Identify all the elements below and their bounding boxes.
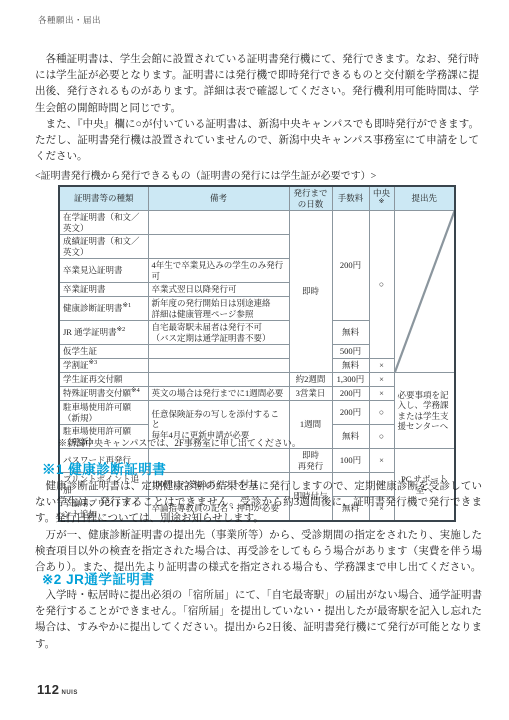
section-heading-health-certificate: ※1 健康診断証明書 — [42, 458, 166, 478]
cell-fee: 100円 — [332, 449, 369, 473]
cell-remarks: 英文の場合は発行までに1週間必要 — [148, 387, 289, 401]
cell-chuo: × — [369, 449, 394, 473]
cell-chuo: ○ — [369, 425, 394, 449]
page-number: 112 — [37, 682, 59, 697]
cert-name: 学割証 — [63, 360, 89, 370]
cell-remarks: 4年生で卒業見込みの学生のみ発行可 — [148, 259, 289, 283]
cell-type: 成績証明書（和文／英文） — [59, 235, 148, 259]
cell-submit-na — [394, 211, 455, 373]
cell-remarks — [148, 211, 289, 235]
cell-remarks — [148, 359, 289, 373]
cert-name: JR 通学証明書 — [63, 327, 117, 337]
cell-type: 在学証明書（和文／英文） — [59, 211, 148, 235]
cell-chuo: × — [369, 373, 394, 387]
brand-mark: NUIS — [61, 690, 77, 696]
section-heading-jr-commuter-certificate: ※2 JR通学証明書 — [42, 568, 154, 588]
cert-name: 特殊証明書交付願 — [63, 388, 131, 398]
cell-type: 健康診断証明書※1 — [59, 297, 148, 321]
table-row: 学生証再交付願 約2週間 1,300円 × 必要事項を記入し、学務課または学生支… — [59, 373, 455, 387]
cell-fee: 1,300円 — [332, 373, 369, 387]
col-header-remarks: 備考 — [148, 186, 289, 211]
table-caption: <証明書発行機から発行できるもの（証明書の発行には学生証が必要です）> — [35, 167, 376, 182]
cell-chuo: × — [369, 359, 394, 373]
cell-fee: 無料 — [332, 359, 369, 373]
cell-remarks: 卒業式翌日以降発行可 — [148, 283, 289, 297]
cell-remarks: 新年度の発行開始日は別途連絡 詳細は健康管理ページ参照 — [148, 297, 289, 321]
col-header-days: 発行まで の日数 — [289, 186, 332, 211]
cell-days: 約2週間 — [289, 373, 332, 387]
cell-fee: 200円 — [332, 387, 369, 401]
cell-fee: 無料 — [332, 425, 369, 449]
cell-type: 学生証再交付願 — [59, 373, 148, 387]
col-header-submit: 提出先 — [394, 186, 455, 211]
chuo-asterisk: ※ — [379, 198, 384, 205]
cell-type: JR 通学証明書※2 — [59, 321, 148, 345]
cell-fee: 200円 — [332, 401, 369, 425]
table-row: 在学証明書（和文／英文） 即時 200円 ○ — [59, 211, 455, 235]
cell-type: 学割証※3 — [59, 359, 148, 373]
cell-type: 仮学生証 — [59, 345, 148, 359]
section1-paragraph-1: 健康診断証明書は、定期健康診断の結果を基に発行しますので、定期健康診断を受診して… — [35, 479, 482, 528]
cell-remarks — [148, 373, 289, 387]
cell-remarks — [148, 235, 289, 259]
col-header-chuo: 中央※ — [369, 186, 394, 211]
cell-remarks — [148, 449, 289, 473]
col-header-type: 証明書等の種類 — [59, 186, 148, 211]
cell-chuo: ○ — [369, 211, 394, 359]
cell-days: 3営業日 — [289, 387, 332, 401]
footnote-marker: ※3 — [89, 359, 98, 366]
cell-type: 卒業見込証明書 — [59, 259, 148, 283]
cell-fee: 無料 — [332, 321, 369, 345]
cell-days: 即時 — [289, 211, 332, 373]
handbook-page: 各種願出・届出 各種証明書は、学生会館に設置されている証明書発行機にて、発行でき… — [0, 0, 509, 720]
cell-fee: 200円 — [332, 211, 369, 321]
intro-paragraph-1: 各種証明書は、学生会館に設置されている証明書発行機にて、発行できます。なお、発行… — [35, 52, 479, 117]
cell-chuo: × — [369, 387, 394, 401]
page-footer: 112NUIS — [37, 681, 78, 699]
footnote-marker: ※1 — [123, 302, 132, 309]
section-body-jr-commuter-certificate: 入学時・転居時に提出必須の「宿所届」にて、「自宅最寄駅」の届出がない場合、通学証… — [35, 588, 482, 653]
table-footnote: ※新潟中央キャンパスでは、2F事務室に申し出てください。 — [58, 436, 301, 449]
cell-remarks: 自宅最寄駅未届者は発行不可 （バス定期は通学証明書不要） — [148, 321, 289, 345]
intro-text: 各種証明書は、学生会館に設置されている証明書発行機にて、発行できます。なお、発行… — [35, 52, 479, 165]
cell-days: 即時 再発行 — [289, 449, 332, 473]
section2-paragraph-1: 入学時・転居時に提出必須の「宿所届」にて、「自宅最寄駅」の届出がない場合、通学証… — [35, 588, 482, 653]
footnote-marker: ※4 — [131, 387, 140, 394]
footnote-marker: ※2 — [117, 326, 126, 333]
cell-type: 特殊証明書交付願※4 — [59, 387, 148, 401]
col-header-fee: 手数料 — [332, 186, 369, 211]
chuo-label: 中央 — [373, 188, 390, 198]
intro-paragraph-2: また、『中央』欄に○が付いている証明書は、新潟中央キャンパスでも即時発行ができま… — [35, 117, 479, 166]
cert-name: 健康診断証明書 — [63, 303, 123, 313]
diagonal-slash — [395, 211, 455, 372]
cell-type: 卒業証明書 — [59, 283, 148, 297]
cell-type: 駐車場使用許可願（新規） — [59, 401, 148, 425]
cell-submit: 必要事項を記入し、学務課または学生支援センターへ — [394, 373, 455, 449]
section-body-health-certificate: 健康診断証明書は、定期健康診断の結果を基に発行しますので、定期健康診断を受診して… — [35, 479, 482, 576]
cell-chuo: ○ — [369, 401, 394, 425]
running-header: 各種願出・届出 — [38, 14, 101, 26]
cell-remarks — [148, 345, 289, 359]
table-header-row: 証明書等の種類 備考 発行まで の日数 手数料 中央※ 提出先 — [59, 186, 455, 211]
cell-fee: 500円 — [332, 345, 369, 359]
